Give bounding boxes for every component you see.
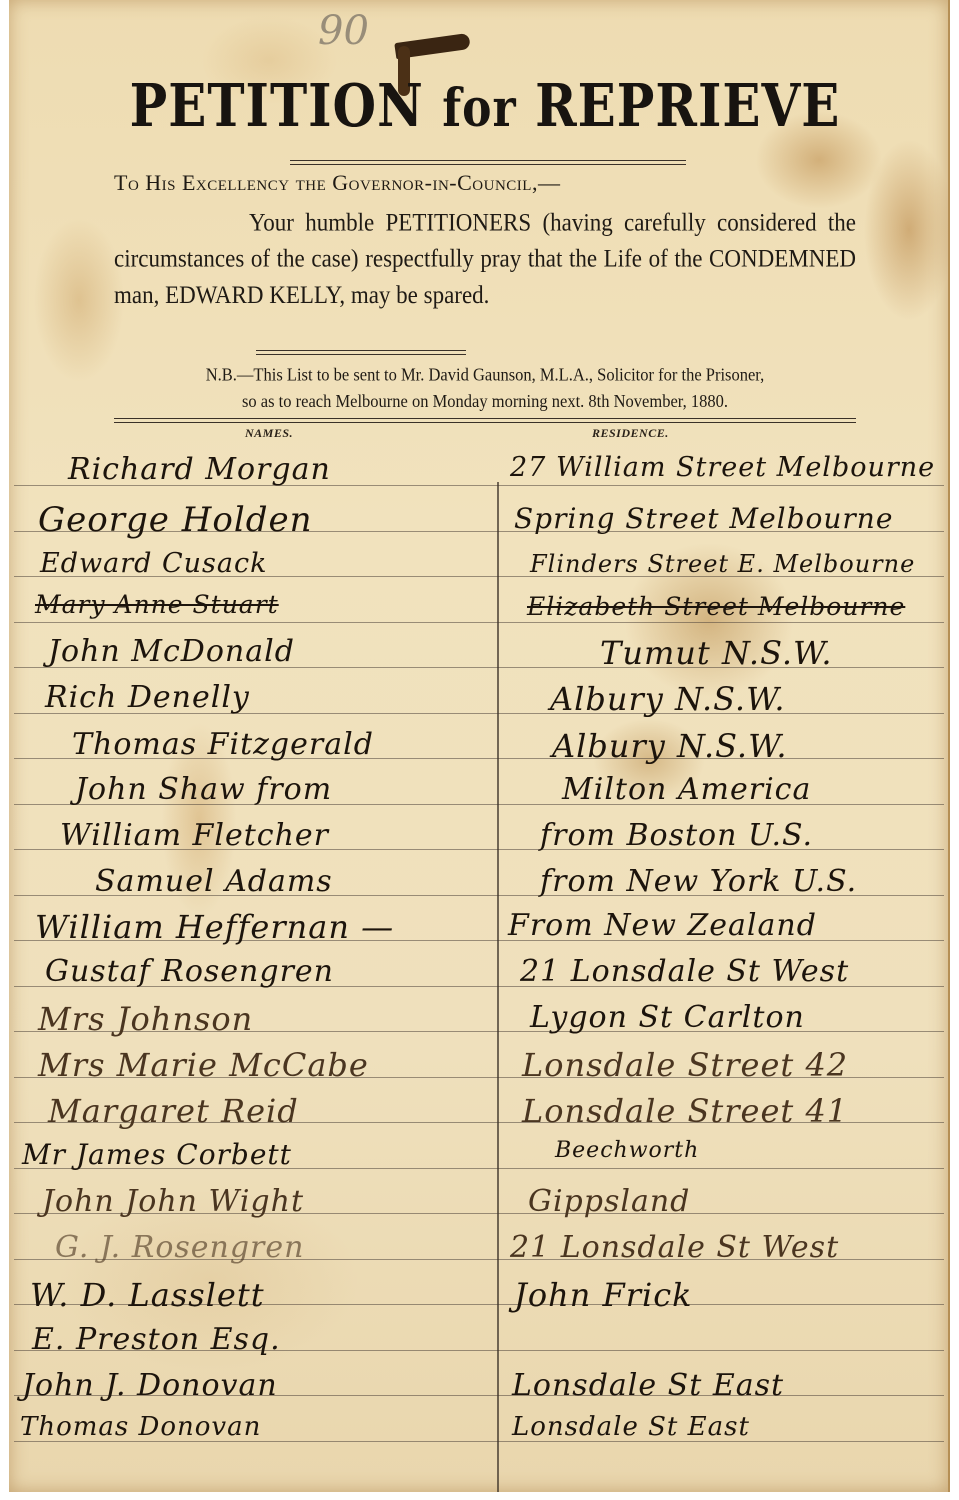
signature-name: William Fletcher bbox=[60, 818, 329, 853]
signature-name: Mrs Johnson bbox=[38, 1000, 253, 1038]
signature-residence: Lonsdale St East bbox=[512, 1368, 784, 1403]
signature-residence: Elizabeth Street Melbourne bbox=[527, 592, 905, 621]
signature-name: Edward Cusack bbox=[40, 548, 267, 579]
signature-name: Margaret Reid bbox=[48, 1092, 299, 1130]
signature-residence: John Frick bbox=[514, 1276, 693, 1314]
signature-name: Rich Denelly bbox=[45, 680, 250, 715]
address-line: To His Excellency the Governor-in-Counci… bbox=[114, 170, 560, 196]
signature-name: John Shaw from bbox=[75, 772, 332, 807]
petition-body: Your humble PETITIONERS (having carefull… bbox=[114, 204, 856, 313]
signature-name: Thomas Fitzgerald bbox=[72, 727, 374, 762]
signature-name: George Holden bbox=[38, 500, 312, 540]
header-rule bbox=[114, 418, 856, 423]
signature-name: Samuel Adams bbox=[95, 864, 333, 899]
title-reprieve: REPRIEVE bbox=[535, 71, 840, 141]
signature-name: Thomas Donovan bbox=[20, 1412, 261, 1442]
signature-name: G. J. Rosengren bbox=[55, 1230, 304, 1265]
title-underline bbox=[290, 160, 686, 165]
signature-name: E. Preston Esq. bbox=[32, 1322, 281, 1357]
signature-name: Mary Anne Stuart bbox=[35, 590, 279, 619]
signature-name: Gustaf Rosengren bbox=[45, 954, 334, 989]
column-divider bbox=[497, 482, 499, 1492]
signature-name: John J. Donovan bbox=[22, 1368, 278, 1403]
title-for: for bbox=[442, 79, 516, 139]
signature-residence: Beechworth bbox=[555, 1138, 699, 1163]
signature-residence: Flinders Street E. Melbourne bbox=[530, 550, 915, 578]
signature-residence: Lonsdale Street 41 bbox=[522, 1092, 848, 1130]
signature-name: Mrs Marie McCabe bbox=[38, 1046, 369, 1084]
residence-column-header: RESIDENCE. bbox=[592, 426, 669, 441]
petition-title: PETITION for REPRIEVE bbox=[100, 71, 870, 141]
signature-residence: Albury N.S.W. bbox=[550, 680, 786, 718]
signature-residence: Gippsland bbox=[528, 1184, 690, 1219]
signature-residence: Spring Street Melbourne bbox=[514, 502, 893, 535]
signature-residence: 21 Lonsdale St West bbox=[520, 954, 849, 989]
names-column-header: NAMES. bbox=[245, 426, 293, 441]
title-petition: PETITION bbox=[130, 71, 424, 141]
body-underline bbox=[256, 350, 466, 355]
signature-residence: 27 William Street Melbourne bbox=[510, 452, 935, 483]
signature-name: W. D. Lasslett bbox=[30, 1276, 265, 1314]
signature-name: John McDonald bbox=[48, 634, 295, 669]
signature-name: William Heffernan — bbox=[35, 908, 394, 946]
signature-residence: Albury N.S.W. bbox=[552, 727, 788, 765]
signature-residence: Lonsdale St East bbox=[512, 1412, 750, 1442]
signature-residence: Milton America bbox=[562, 772, 811, 807]
signature-name: Mr James Corbett bbox=[22, 1138, 292, 1171]
signature-residence: from New York U.S. bbox=[540, 864, 857, 899]
signature-residence: Lygon St Carlton bbox=[530, 1000, 805, 1035]
nota-bene: N.B.—This List to be sent to Mr. David G… bbox=[114, 362, 856, 415]
nota-bene-line-2: so as to reach Melbourne on Monday morni… bbox=[114, 388, 856, 414]
signature-residence: Tumut N.S.W. bbox=[600, 634, 832, 672]
signature-name: John John Wight bbox=[42, 1184, 304, 1219]
signature-residence: 21 Lonsdale St West bbox=[510, 1230, 839, 1265]
signature-residence: From New Zealand bbox=[508, 908, 817, 943]
nota-bene-line-1: N.B.—This List to be sent to Mr. David G… bbox=[114, 362, 856, 388]
page-number: 90 bbox=[318, 8, 369, 54]
signature-residence: Lonsdale Street 42 bbox=[522, 1046, 848, 1084]
signature-name: Richard Morgan bbox=[68, 452, 331, 487]
signature-residence: from Boston U.S. bbox=[540, 818, 813, 853]
ruled-line bbox=[14, 622, 944, 623]
